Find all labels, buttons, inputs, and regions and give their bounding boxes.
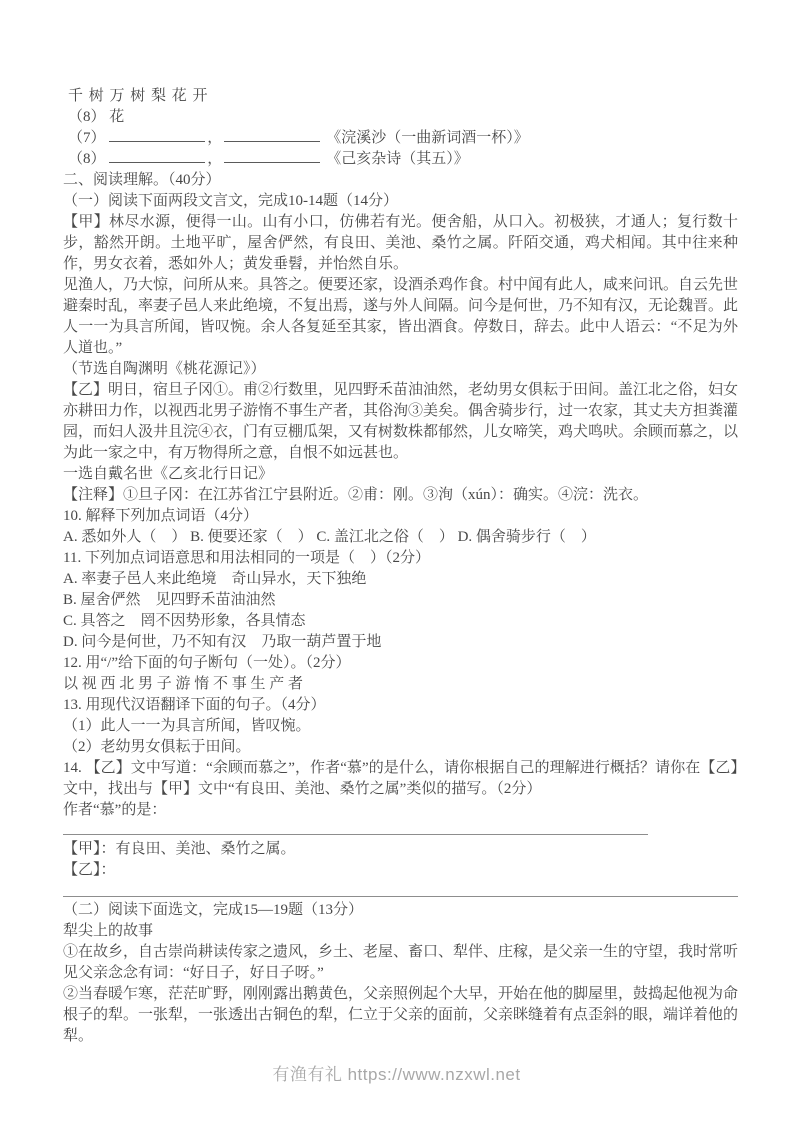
answer-rule-line [63,896,738,897]
answer-blank-underline [224,149,320,163]
question-12-stem: 12. 用“/”给下面的句子断句（一处）。（2分） [63,653,738,674]
passage-notes: 【注释】①旦子冈：在江苏省江宁县附近。②甫：刚。③洵（xún）：确实。④浣：洗衣… [63,485,738,506]
section-2-heading: 二、阅读理解。（40分） [63,170,738,191]
comma-separator: ， [205,151,224,167]
answer-rule-line [63,834,648,835]
question-14-jia-answer: 【甲】：有良田、美池、桑竹之属。 [63,839,738,860]
question-13-sentence-1: （1）此人一一为具言所闻，皆叹惋。 [63,716,738,737]
question-10-stem: 10. 解释下列加点词语（4分） [63,506,738,527]
site-watermark-footer: 有渔有礼 https://www.nzxwl.net [0,1060,793,1085]
comma-separator: ， [205,130,224,146]
passage-jia-paragraph-1: 【甲】林尽水源，便得一山。山有小口，仿佛若有光。便舍船，从口入。初极狭，才通人；… [63,212,738,275]
poem-source-title: 《浣溪沙（一曲新词酒一杯）》 [326,130,529,146]
question-10-options: A. 悉如外人（ ） B. 便要还家（ ） C. 盖江北之俗（ ） D. 偶舍骑… [63,527,738,548]
exam-content: 千 树 万 树 梨 花 开 （8） 花 （7） ，《浣溪沙（一曲新词酒一杯）》 … [63,86,738,1047]
item-number: （7） [68,130,106,146]
poem-source-title: 《己亥杂诗（其五）》 [326,151,469,167]
poem-completion-line: 千 树 万 树 梨 花 开 [63,86,738,107]
passage-yi-source: 一选自戴名世《乙亥北行日记》 [63,464,738,485]
question-14-mu-label: 作者“慕”的是： [63,800,738,821]
answer-blank-underline [109,128,205,142]
question-12-sentence: 以 视 西 北 男 子 游 惰 不 事 生 产 者 [63,674,738,695]
question-11-option-a: A. 率妻子邑人来此绝境 奇山异水，天下独绝 [63,569,738,590]
passage-jia-source: （节选自陶渊明《桃花源记》） [63,359,738,380]
fill-in-line-8: （8） ，《己亥杂诗（其五）》 [63,149,738,170]
fill-in-line-7: （7） ，《浣溪沙（一曲新词酒一杯）》 [63,128,738,149]
answer-blank-underline [224,128,320,142]
item-8-flower-line: （8） 花 [63,107,738,128]
essay-title: 犁尖上的故事 [63,921,738,942]
question-11-stem: 11. 下列加点词语意思和用法相同的一项是（ ）（2分） [63,548,738,569]
question-14-stem: 14. 【乙】文中写道：“余顾而慕之”，作者“慕”的是什么，请你根据自己的理解进… [63,758,738,800]
question-11-option-b: B. 屋舍俨然 见四野禾苗油油然 [63,590,738,611]
question-14-yi-label: 【乙】： [63,860,738,881]
question-13-sentence-2: （2）老幼男女俱耘于田间。 [63,737,738,758]
essay-paragraph-2: ②当春暖乍寒，茫茫旷野，刚刚露出鹅黄色，父亲照例起个大早，开始在他的脚屋里，鼓捣… [63,984,738,1047]
question-13-stem: 13. 用现代汉语翻译下面的句子。（4分） [63,695,738,716]
item-number: （8） [68,151,106,167]
answer-blank-underline [109,149,205,163]
part-1-heading: （一）阅读下面两段文言文，完成10-14题（14分） [63,191,738,212]
exam-document-page: 千 树 万 树 梨 花 开 （8） 花 （7） ，《浣溪沙（一曲新词酒一杯）》 … [0,0,793,1122]
question-11-option-c: C. 具答之 罔不因势形象，各具情态 [63,611,738,632]
essay-paragraph-1: ①在故乡，自古崇尚耕读传家之遗风，乡土、老屋、畜口、犁伴、庄稼，是父亲一生的守望… [63,942,738,984]
question-11-option-d: D. 问今是何世，乃不知有汉 乃取一葫芦置于地 [63,632,738,653]
passage-yi-paragraph: 【乙】明日，宿旦子冈①。甫②行数里，见四野禾苗油油然，老幼男女俱耘于田间。盖江北… [63,380,738,464]
passage-jia-paragraph-2: 见渔人，乃大惊，问所从来。具答之。便要还家，设酒杀鸡作食。村中闻有此人，咸来问讯… [63,275,738,359]
part-2-heading: （二）阅读下面选文，完成15—19题（13分） [63,900,738,921]
